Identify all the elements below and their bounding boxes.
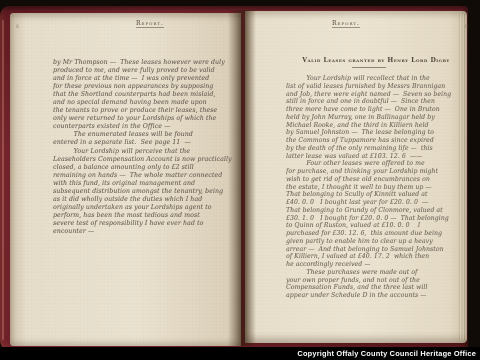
handwritten-line: and Job, there were eight named — Seven …	[286, 91, 466, 99]
handwritten-line: closed, a balance amounting only to £2 s…	[53, 164, 237, 172]
handwritten-line: That belonging to Scully of Kinnitt valu…	[286, 191, 466, 199]
handwritten-line: of Killiern, I valued at £40. 17. 2 whic…	[286, 253, 466, 261]
handwritten-line: Michael Rooke, and the third in Killiern…	[286, 122, 466, 130]
handwritten-line: These purchases were made out of	[286, 269, 466, 277]
handwritten-line: appear under Schedule D in the accounts …	[286, 292, 466, 300]
handwritten-line: perform, has been the most tedious and m…	[53, 212, 237, 220]
handwritten-line: entered in a separate list. See page 11 …	[53, 139, 237, 147]
copyright-bar: Copyright Offaly County Council Heritage…	[0, 347, 480, 360]
right-page-header: Report.	[296, 20, 396, 27]
handwritten-line: and in force at the time — I was only pr…	[53, 75, 237, 83]
handwritten-line: by Mr Thompson — These leases however we…	[53, 59, 237, 67]
left-page-header: Report.	[100, 20, 200, 27]
handwritten-line: for purchase, and thinking your Lordship…	[286, 168, 466, 176]
right-page-title: Valid Leases granted by Henry Lord Digby	[286, 57, 466, 64]
handwritten-line: £40. 0. 0 I bought last year for £20. 0.…	[286, 199, 466, 207]
handwritten-line: only were returned to your Lordships of …	[53, 115, 237, 123]
handwritten-line: arrear — And that belonging to Samuel Jo…	[286, 246, 466, 254]
handwritten-line: he accordingly received —	[286, 261, 466, 269]
handwritten-line: wish to get rid of these old encumbrance…	[286, 176, 466, 184]
handwritten-line: The enumerated leases will be found	[53, 131, 237, 139]
handwritten-line: remaining on hands — The whole matter co…	[53, 172, 237, 180]
handwritten-line: given partly to enable him to clear up a…	[286, 238, 466, 246]
handwritten-line: Four other leases were offered to me	[286, 160, 466, 168]
handwritten-line: that the Shortland counterparts had been…	[53, 91, 237, 99]
handwritten-line: held by John Murray, one in Ballinagar h…	[286, 114, 466, 122]
handwritten-line: Compensation Funds, and the three last w…	[286, 284, 466, 292]
handwritten-line: with this fund, its original management …	[53, 180, 237, 188]
handwritten-line: subsequent distribution amongst the tena…	[53, 188, 237, 196]
handwritten-line: latter lease was valued at £103. 12. 6 —…	[286, 153, 466, 161]
handwritten-line: produced to me, and were fully proved to…	[53, 67, 237, 75]
photo-backdrop: 6 Report. by Mr Thompson — These leases …	[0, 0, 480, 360]
right-page-number: 8	[465, 24, 468, 30]
title-underline	[352, 67, 386, 68]
handwritten-line: £30. 1. 0 I bought for £20. 0. 0 — That …	[286, 215, 466, 223]
right-page-lines: Your Lordship will recollect that in the…	[286, 75, 466, 300]
handwritten-line: purchased for £30. 12. 6, this amount du…	[286, 230, 466, 238]
copyright-text: Copyright Offaly County Council Heritage…	[297, 349, 476, 358]
handwritten-line: still in force and one in doubtful — Sin…	[286, 98, 466, 106]
handwritten-line: the tenants to prove or produce their le…	[53, 107, 237, 115]
handwritten-line: three more have come to light — One in B…	[286, 106, 466, 114]
left-page-lines: by Mr Thompson — These leases however we…	[53, 59, 237, 236]
handwritten-line: your own proper funds, and not out of th…	[286, 277, 466, 285]
handwritten-line: Your Lordship will perceive that the	[53, 148, 237, 156]
handwritten-line: by Samuel Johnston — The lease belonging…	[286, 129, 466, 137]
handwritten-line: list of valid leases furnished by Messrs…	[286, 83, 466, 91]
handwritten-line: severe test of responsibility I have eve…	[53, 220, 237, 228]
handwritten-line: to Quinn of Ruston, valued at £10. 0. 0 …	[286, 222, 466, 230]
handwritten-line: by the death of the only remaining life …	[286, 145, 466, 153]
handwritten-line: as it did wholly outside the duties whic…	[53, 196, 237, 204]
handwritten-line: counterparts existed in the Office —	[53, 123, 237, 131]
handwritten-line: encounter —	[53, 228, 237, 236]
handwritten-line: the estate, I thought it well to buy the…	[286, 184, 466, 192]
left-page-number: 6	[16, 24, 19, 30]
cover-spine-highlight	[2, 20, 4, 340]
handwritten-line: Your Lordship will recollect that in the	[286, 75, 466, 83]
handwritten-line: That belonging to Grundy of Clonmore, va…	[286, 207, 466, 215]
handwritten-line: and no special demand having been made u…	[53, 99, 237, 107]
handwritten-line: originally undertaken as your Lordships …	[53, 204, 237, 212]
handwritten-line: Leaseholders Compensation Account is now…	[53, 156, 237, 164]
handwritten-line: the Commons of Tuppamore has since expir…	[286, 137, 466, 145]
handwritten-line: for these previous non appearances by su…	[53, 83, 237, 91]
